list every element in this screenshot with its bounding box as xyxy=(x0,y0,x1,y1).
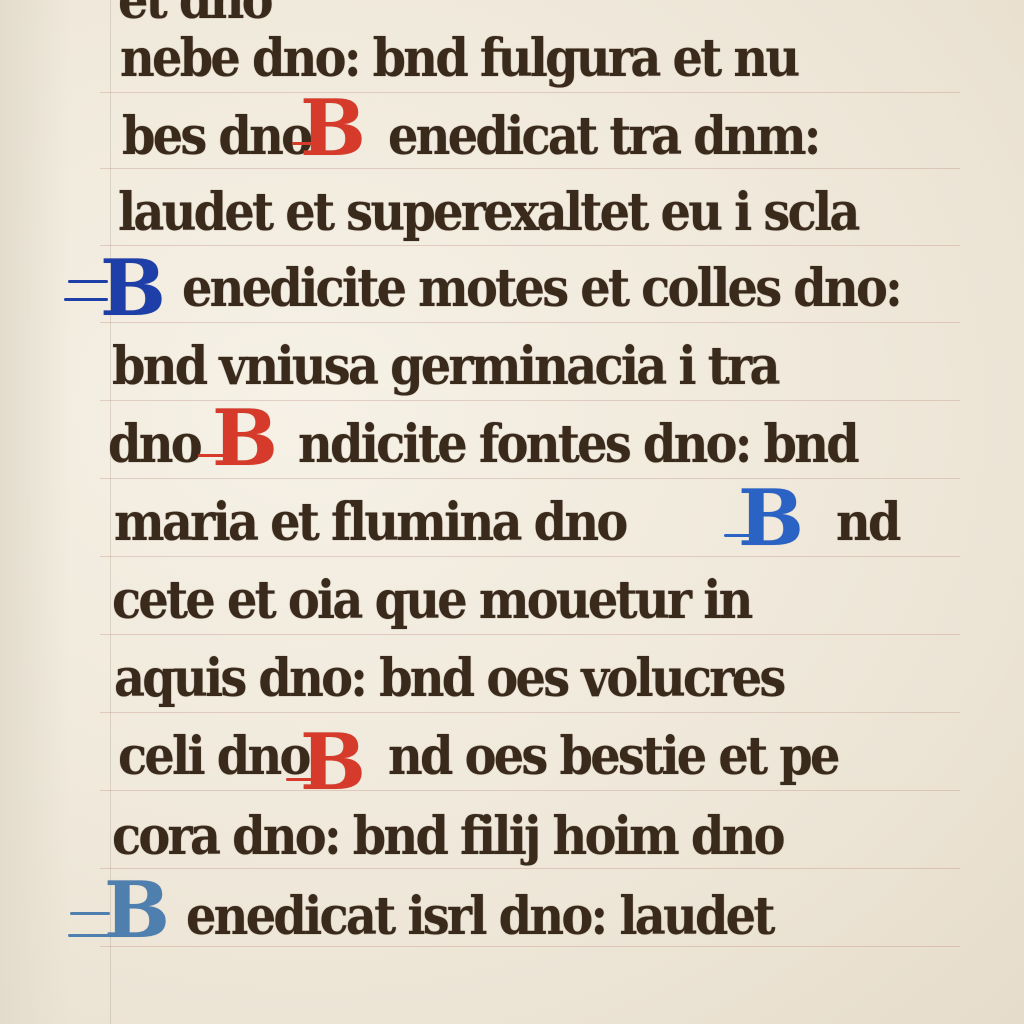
initial-letter: B xyxy=(104,865,170,956)
initial-flourish xyxy=(70,912,110,915)
ruling-line xyxy=(100,868,960,869)
blue-initial-b: B xyxy=(104,872,170,950)
initial-letter: B xyxy=(212,393,278,484)
initial-letter: B xyxy=(100,243,166,334)
red-initial-b: B xyxy=(212,400,278,478)
ruling-line xyxy=(100,790,960,791)
initial-flourish xyxy=(724,534,754,537)
initial-letter: B xyxy=(300,83,366,174)
parchment-page: et dno nebe dno: bnd fulgura et nu bes d… xyxy=(0,0,1024,1024)
ruling-line xyxy=(100,168,960,169)
red-initial-b: B xyxy=(300,724,366,802)
text-line-2-after: enedicat tra dnm: xyxy=(388,106,819,167)
text-line-9: aquis dno: bnd oes volucres xyxy=(114,648,784,709)
text-line-8: cete et oia que mouetur in xyxy=(112,570,751,631)
ruling-line xyxy=(100,712,960,713)
red-initial-b: B xyxy=(300,90,366,168)
text-line-2-before: bes dno xyxy=(122,106,310,167)
ruling-line xyxy=(100,92,960,93)
text-line-10-after: nd oes bestie et pe xyxy=(388,726,838,787)
text-line-1: nebe dno: bnd fulgura et nu xyxy=(120,28,797,89)
ruling-line xyxy=(100,322,960,323)
initial-flourish xyxy=(292,142,318,145)
text-line-4-after: enedicite motes et colles dno: xyxy=(182,258,900,319)
initial-flourish xyxy=(286,778,316,781)
initial-letter: B xyxy=(300,717,366,808)
blue-initial-b: B xyxy=(100,250,166,328)
initial-flourish xyxy=(68,934,112,937)
text-line-10-before: celi dno xyxy=(118,726,309,787)
ruling-line xyxy=(100,556,960,557)
text-line-6-after: ndicite fontes dno: bnd xyxy=(298,414,857,475)
text-line-7-after: nd xyxy=(836,492,899,553)
text-line-5: bnd vniusa germinacia i tra xyxy=(112,336,778,397)
initial-flourish xyxy=(198,454,228,457)
blue-initial-b: B xyxy=(738,480,804,558)
text-line-7-before: maria et flumina dno xyxy=(114,492,626,553)
text-line-0: et dno xyxy=(118,0,271,31)
text-line-6-before: dno xyxy=(108,414,200,475)
ruling-line xyxy=(100,245,960,246)
text-line-11: cora dno: bnd filij hoim dno xyxy=(112,806,783,867)
ruling-line xyxy=(100,634,960,635)
gutter-shadow xyxy=(0,0,70,1024)
initial-flourish xyxy=(64,298,108,301)
initial-letter: B xyxy=(738,473,804,564)
text-line-12-after: enedicat isrl dno: laudet xyxy=(186,886,773,947)
initial-flourish xyxy=(68,280,108,283)
text-line-3: laudet et superexaltet eu i scla xyxy=(118,182,858,243)
